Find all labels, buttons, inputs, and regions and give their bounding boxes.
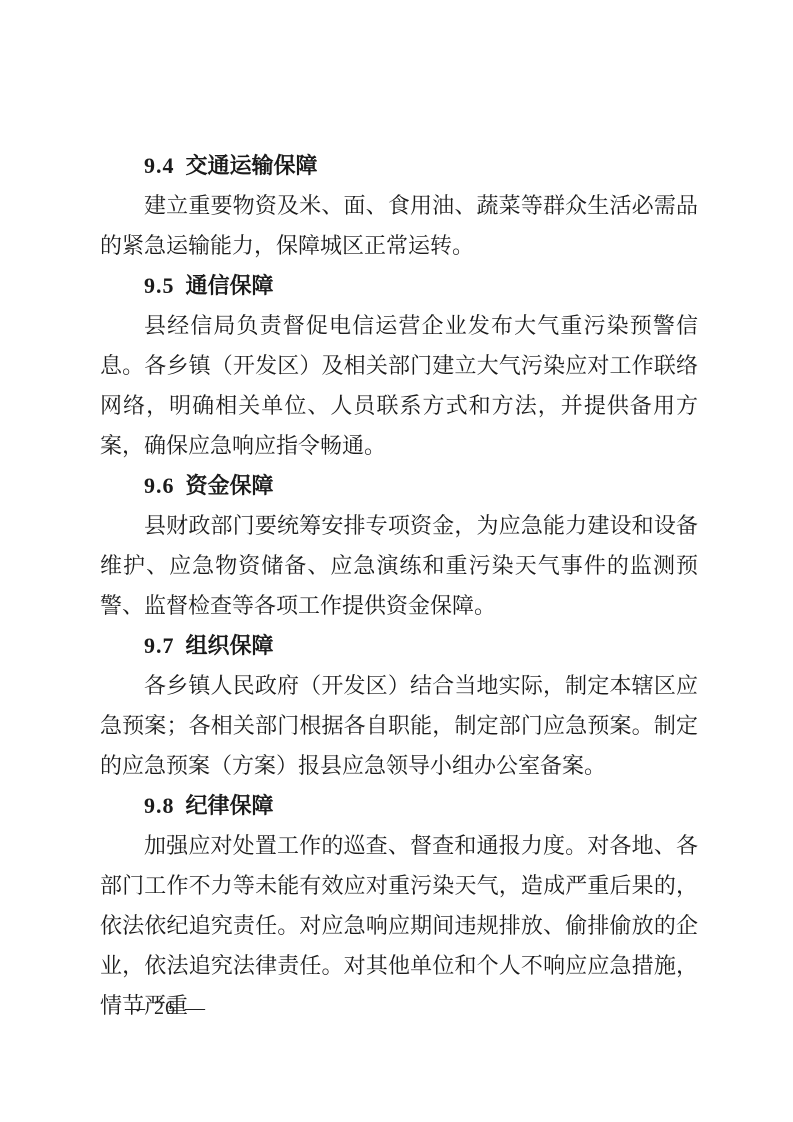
footer-dash-right: — xyxy=(185,993,205,1023)
section-paragraph: 县财政部门要统筹安排专项资金，为应急能力建设和设备维护、应急物资储备、应急演练和… xyxy=(100,506,698,626)
heading-title: 通信保障 xyxy=(186,273,274,298)
section-paragraph: 建立重要物资及米、面、食用油、蔬菜等群众生活必需品的紧急运输能力，保障城区正常运… xyxy=(100,186,698,266)
heading-title: 资金保障 xyxy=(186,473,274,498)
section-9-6: 9.6资金保障 县财政部门要统筹安排专项资金，为应急能力建设和设备维护、应急物资… xyxy=(100,466,698,626)
heading-number: 9.8 xyxy=(144,793,175,818)
footer-dash-left: — xyxy=(125,993,145,1023)
heading-title: 纪律保障 xyxy=(186,793,274,818)
document-page: 9.4交通运输保障 建立重要物资及米、面、食用油、蔬菜等群众生活必需品的紧急运输… xyxy=(0,0,793,1122)
page-number: 26 xyxy=(154,993,176,1023)
section-paragraph: 各乡镇人民政府（开发区）结合当地实际，制定本辖区应急预案；各相关部门根据各自职能… xyxy=(100,666,698,786)
section-paragraph: 县经信局负责督促电信运营企业发布大气重污染预警信息。各乡镇（开发区）及相关部门建… xyxy=(100,306,698,466)
heading-number: 9.7 xyxy=(144,633,175,658)
heading-number: 9.5 xyxy=(144,273,175,298)
section-heading: 9.5通信保障 xyxy=(100,266,698,306)
section-heading: 9.6资金保障 xyxy=(100,466,698,506)
section-9-7: 9.7组织保障 各乡镇人民政府（开发区）结合当地实际，制定本辖区应急预案；各相关… xyxy=(100,626,698,786)
heading-number: 9.4 xyxy=(144,153,175,178)
section-heading: 9.4交通运输保障 xyxy=(100,146,698,186)
section-9-4: 9.4交通运输保障 建立重要物资及米、面、食用油、蔬菜等群众生活必需品的紧急运输… xyxy=(100,146,698,266)
heading-title: 组织保障 xyxy=(186,633,274,658)
heading-title: 交通运输保障 xyxy=(186,153,318,178)
page-content: 9.4交通运输保障 建立重要物资及米、面、食用油、蔬菜等群众生活必需品的紧急运输… xyxy=(100,146,698,1026)
section-heading: 9.7组织保障 xyxy=(100,626,698,666)
section-9-5: 9.5通信保障 县经信局负责督促电信运营企业发布大气重污染预警信息。各乡镇（开发… xyxy=(100,266,698,466)
section-heading: 9.8纪律保障 xyxy=(100,786,698,826)
heading-number: 9.6 xyxy=(144,473,175,498)
page-number-footer: — 26 — xyxy=(116,993,214,1023)
section-9-8: 9.8纪律保障 加强应对处置工作的巡查、督查和通报力度。对各地、各部门工作不力等… xyxy=(100,786,698,1026)
